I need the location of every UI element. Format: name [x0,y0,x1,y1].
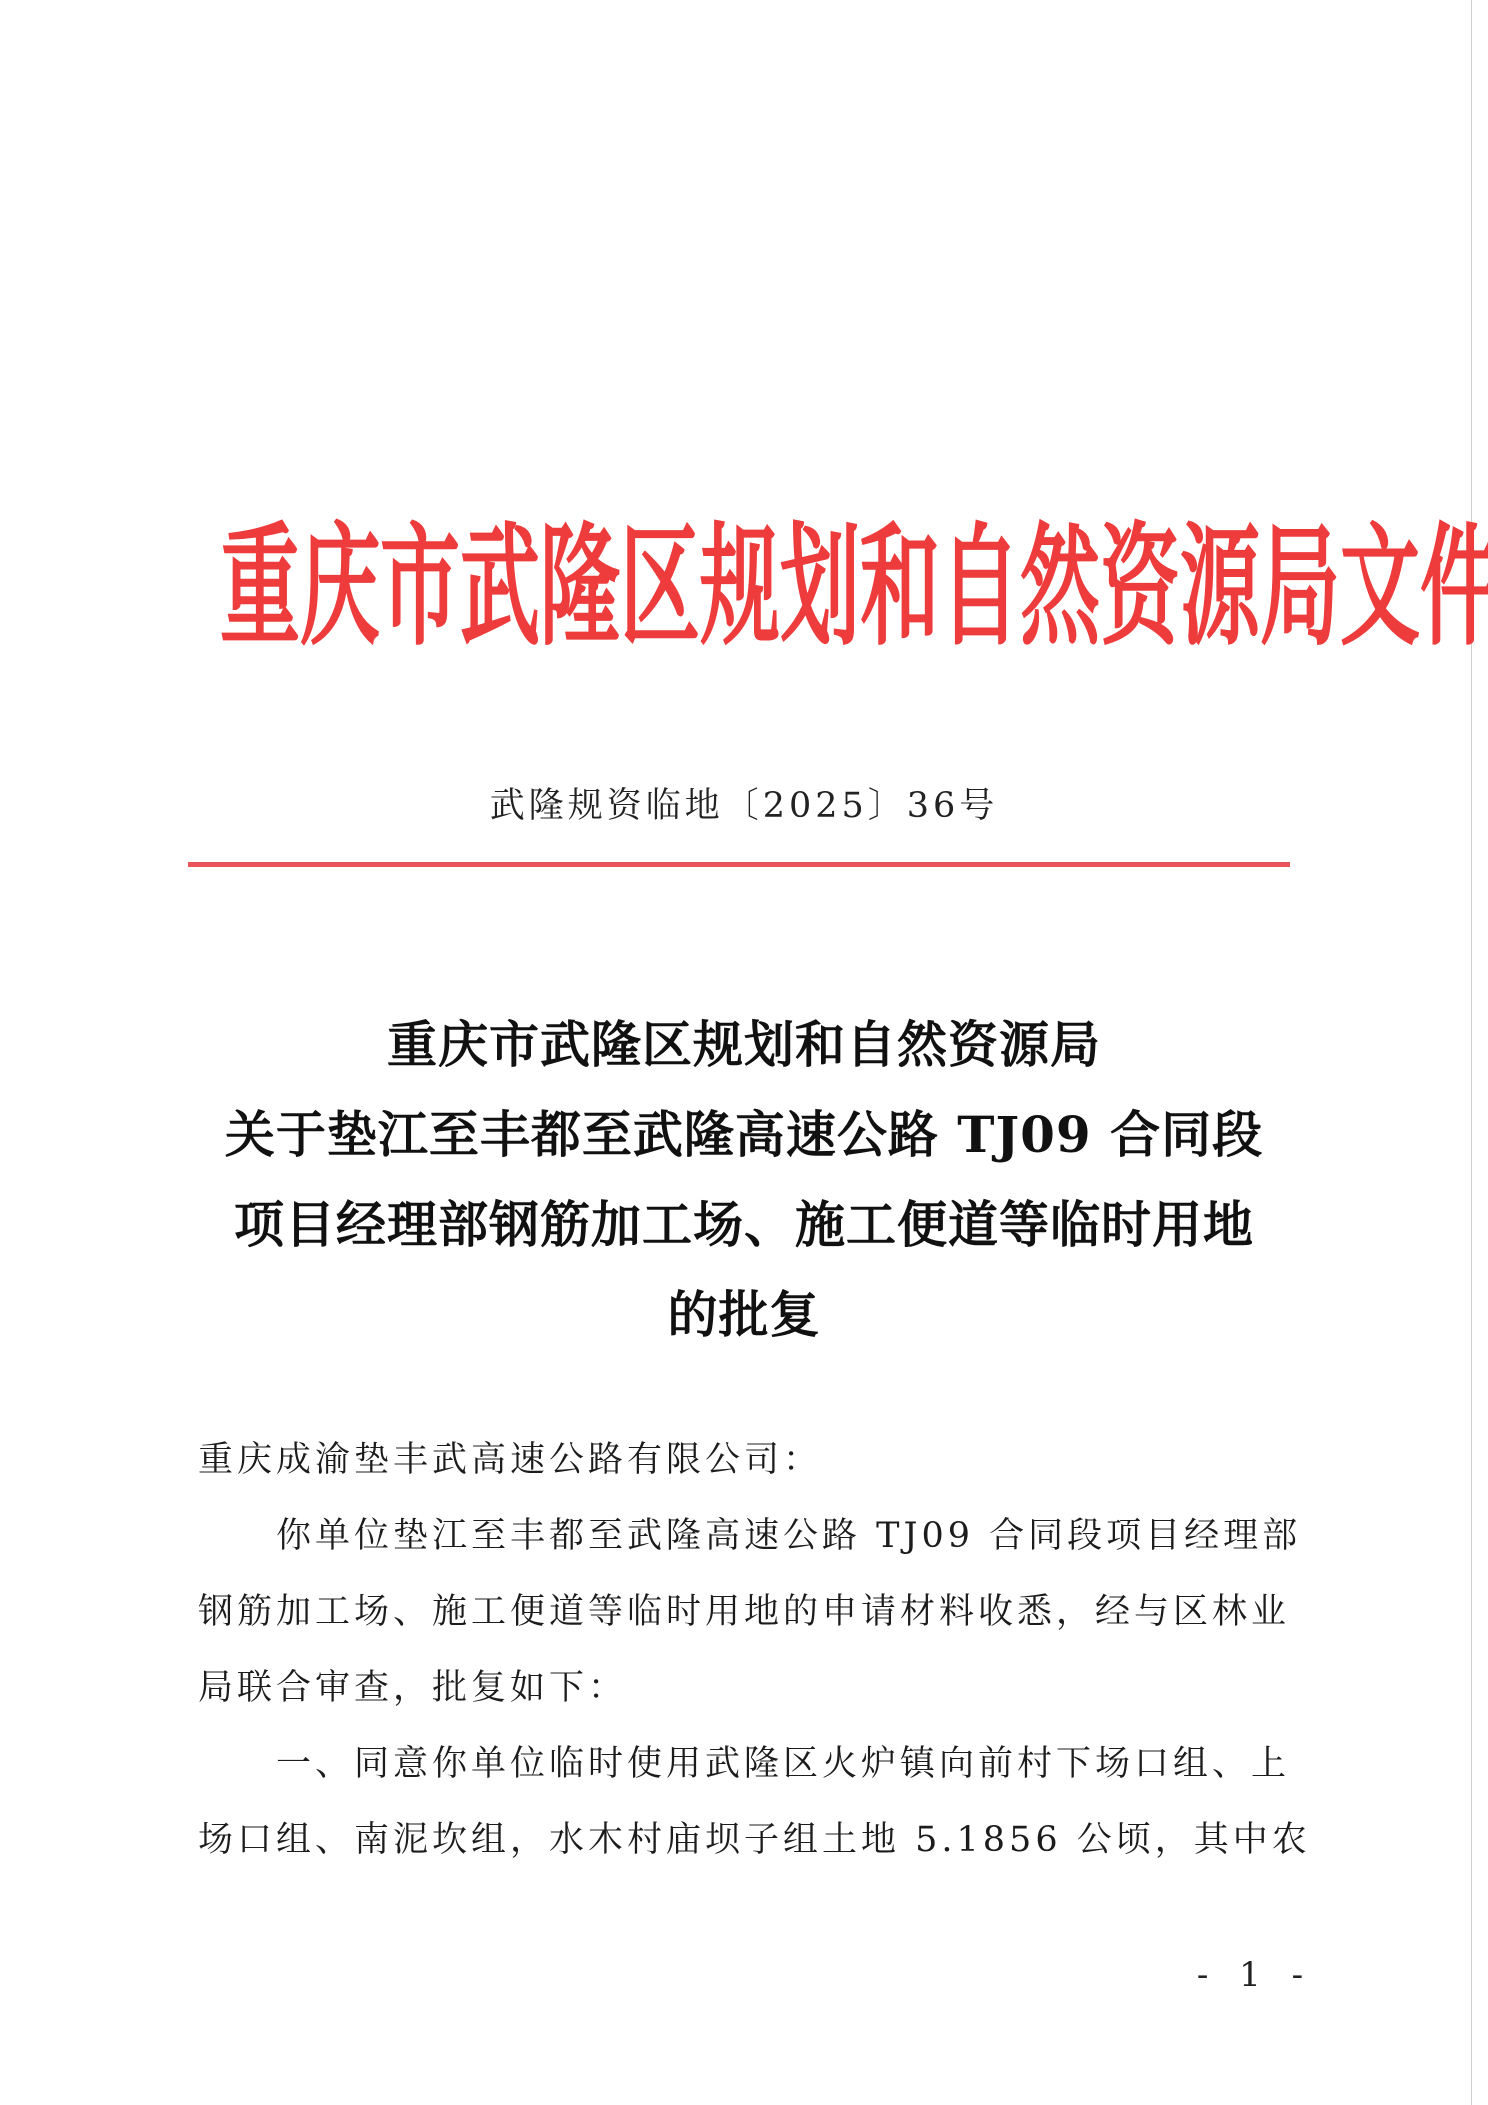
banner-char: 资 [1100,480,1180,670]
body-paragraph-line: 局联合审查，批复如下： [198,1650,1298,1726]
banner-char: 划 [780,480,860,670]
banner-char: 局 [1260,480,1340,670]
title-line: 项目经理部钢筋加工场、施工便道等临时用地 [0,1180,1488,1270]
banner-char: 自 [940,480,1020,670]
body-paragraph-line: 场口组、南泥坎组，水木村庙坝子组土地 5.1856 公顷，其中农 [198,1802,1298,1878]
document-number: 武隆规资临地〔2025〕36号 [0,778,1488,828]
banner-char: 文 [1340,480,1420,670]
issuer-banner: 重 庆 市 武 隆 区 规 划 和 自 然 资 源 局 文 件 [220,505,1260,645]
body-paragraph-line: 你单位垫江至丰都至武隆高速公路 TJ09 合同段项目经理部 [198,1498,1298,1574]
banner-char: 重 [220,480,300,670]
banner-char: 区 [620,480,700,670]
banner-char: 规 [700,480,780,670]
title-line: 的批复 [0,1270,1488,1360]
red-separator-rule [188,862,1290,867]
banner-char: 隆 [540,480,620,670]
document-body: 重庆成渝垫丰武高速公路有限公司： 你单位垫江至丰都至武隆高速公路 TJ09 合同… [198,1422,1298,1878]
banner-char: 武 [460,480,540,670]
page-number: - 1 - [1195,1955,1315,1995]
body-paragraph-line: 钢筋加工场、施工便道等临时用地的申请材料收悉，经与区林业 [198,1574,1298,1650]
title-line: 关于垫江至丰都至武隆高速公路 TJ09 合同段 [0,1090,1488,1180]
body-paragraph-line: 一、同意你单位临时使用武隆区火炉镇向前村下场口组、上 [198,1726,1298,1802]
addressee: 重庆成渝垫丰武高速公路有限公司： [198,1422,1298,1498]
banner-char: 和 [860,480,940,670]
title-line: 重庆市武隆区规划和自然资源局 [0,1000,1488,1090]
banner-char: 件 [1420,480,1488,670]
banner-char: 市 [380,480,460,670]
banner-char: 然 [1020,480,1100,670]
banner-char: 源 [1180,480,1260,670]
document-title: 重庆市武隆区规划和自然资源局 关于垫江至丰都至武隆高速公路 TJ09 合同段 项… [0,1000,1488,1360]
banner-char: 庆 [300,480,380,670]
